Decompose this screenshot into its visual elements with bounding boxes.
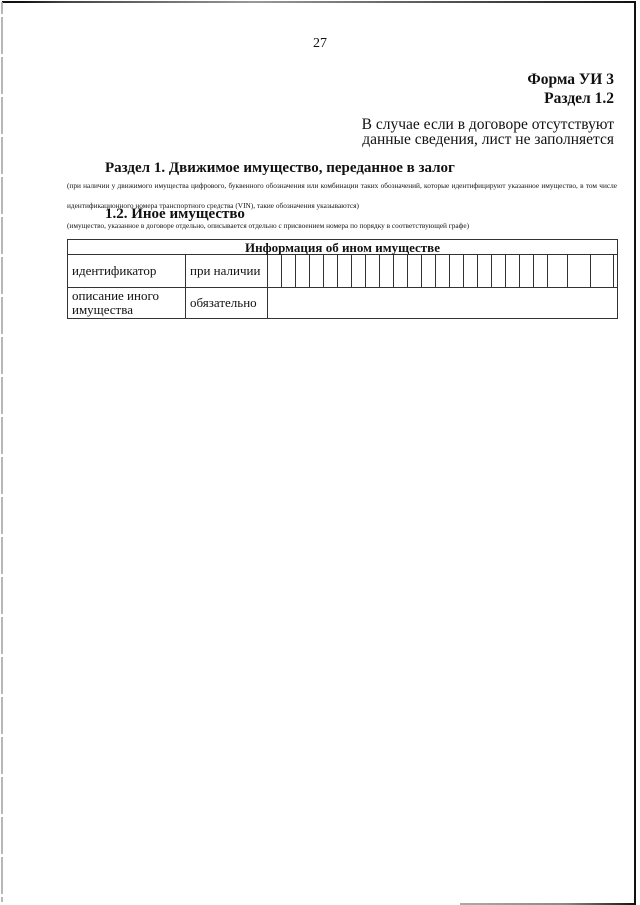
identifier-label: идентификатор xyxy=(68,255,186,288)
identifier-char-cell[interactable] xyxy=(614,255,640,287)
identifier-char-cell[interactable] xyxy=(548,255,568,287)
description-input[interactable] xyxy=(268,288,618,319)
form-section: Раздел 1.2 xyxy=(527,89,614,108)
section-title: Раздел 1. Движимое имущество, переданное… xyxy=(105,160,455,177)
identifier-char-cell[interactable] xyxy=(324,255,338,287)
identifier-char-cell[interactable] xyxy=(408,255,422,287)
page-right-edge xyxy=(634,1,636,904)
table-header: Информация об ином имуществе xyxy=(68,240,618,255)
other-property-table: Информация об ином имуществе идентификат… xyxy=(67,239,618,319)
identifier-char-cell[interactable] xyxy=(506,255,520,287)
identifier-char-cell[interactable] xyxy=(478,255,492,287)
form-code: Форма УИ 3 xyxy=(527,70,614,89)
identifier-char-cell[interactable] xyxy=(310,255,324,287)
identifier-char-cell[interactable] xyxy=(296,255,310,287)
identifier-char-cell[interactable] xyxy=(422,255,436,287)
identifier-char-cell[interactable] xyxy=(366,255,380,287)
identifier-char-cell[interactable] xyxy=(534,255,548,287)
page-left-edge xyxy=(1,2,3,902)
identifier-requirement: при наличии xyxy=(186,255,268,288)
page-top-edge xyxy=(2,1,634,3)
table-row-identifier: идентификатор при наличии xyxy=(68,255,618,288)
identifier-char-cell[interactable] xyxy=(591,255,614,287)
identifier-char-cell[interactable] xyxy=(394,255,408,287)
table-header-row: Информация об ином имуществе xyxy=(68,240,618,255)
identifier-char-cell[interactable] xyxy=(436,255,450,287)
fill-note: В случае если в договоре отсутствуют дан… xyxy=(362,117,614,147)
identifier-char-cell[interactable] xyxy=(520,255,534,287)
identifier-char-cell[interactable] xyxy=(464,255,478,287)
identifier-char-cell[interactable] xyxy=(568,255,591,287)
identifier-input[interactable] xyxy=(268,255,618,288)
identifier-char-cell[interactable] xyxy=(380,255,394,287)
identifier-char-cell[interactable] xyxy=(282,255,296,287)
identifier-char-cell[interactable] xyxy=(268,255,282,287)
description-requirement: обязательно xyxy=(186,288,268,319)
identifier-char-cell[interactable] xyxy=(450,255,464,287)
identifier-char-cell[interactable] xyxy=(492,255,506,287)
identifier-char-cell[interactable] xyxy=(338,255,352,287)
identifier-char-cell[interactable] xyxy=(352,255,366,287)
fill-note-line-1: В случае если в договоре отсутствуют xyxy=(362,117,614,132)
identifier-character-cells[interactable] xyxy=(268,255,617,287)
page-number: 27 xyxy=(0,36,640,52)
description-label: описание иного имущества xyxy=(68,288,186,319)
fill-note-line-2: данные сведения, лист не заполняется xyxy=(362,132,614,147)
subsection-description: (имущество, указанное в договоре отдельн… xyxy=(67,221,469,230)
table-row-description: описание иного имущества обязательно xyxy=(68,288,618,319)
form-title: Форма УИ 3 Раздел 1.2 xyxy=(527,70,614,108)
